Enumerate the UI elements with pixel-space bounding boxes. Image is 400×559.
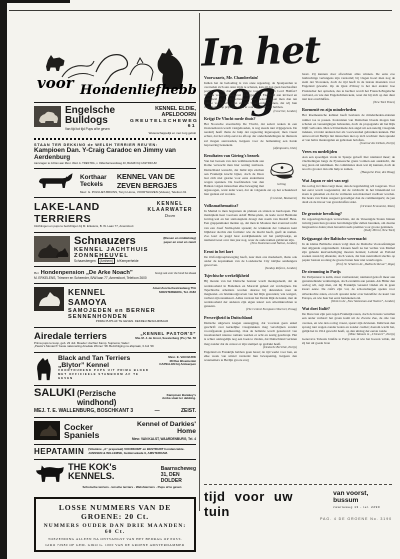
kennel-place2: b/Kemperheide: [117, 259, 139, 263]
ad-engelsche-bulldogs: Engelsche Bulldogs Van tijd tot tijd Pup…: [34, 105, 196, 136]
section-body: De Oxfordgroepbeweging heeft, naar men o…: [204, 255, 297, 267]
dog-ear-sketch: [137, 58, 143, 64]
ad-korthaar-teckels: Korthaar Teckels KENNEL VAN DE ZEVEN BER…: [34, 171, 196, 195]
ad-separator: [34, 459, 196, 460]
article-section: Persvrijheid in Duitschland Duitsche uit…: [204, 315, 297, 350]
ad-line2: JANSSEN & WILLEMSE, Geldersekade 9, AMST…: [88, 452, 196, 456]
owner-name: MEJ. T. E. WALLENBURG, BOSCHKANT 3: [34, 408, 133, 414]
section-heading: Wat Japan er niet van zegt: [302, 178, 395, 183]
page-number-label: PAG. 4 DE GROENE No. 3190: [250, 517, 392, 521]
ad-welsh-terrier-dekking: STAAN TER DEKKING de WELSH TERRIER REU'E…: [34, 142, 196, 167]
ad-saluki: SALUKI (Perzische windhond) Kampioen Bar…: [34, 388, 196, 416]
section-heading: Voorwaarts, Mr. Chamberlain!: [204, 75, 297, 80]
section-body: Duitsche uitgevers kregen aanzegging, da…: [204, 321, 297, 346]
kennel-place: SOESTERBERG, Tel. 2182: [138, 291, 196, 294]
section-heading: Resultaten van Göring's bezoek: [204, 153, 297, 158]
section-body: In de kleine Baltische staten volgt men …: [302, 242, 395, 263]
article-section: Vrees en medelijden Aan een spoedigen vr…: [302, 149, 395, 175]
ad-separator: [34, 197, 196, 198]
article-section: Engeland en Frankrijk hebben geen haast;…: [204, 350, 297, 362]
section-body: Bij monde van het Duitsche bestuur wordt…: [204, 279, 297, 308]
pointer-dog-icon: [34, 356, 54, 382]
article-section: baart. Zij kunnen door afwachten alles w…: [302, 72, 395, 105]
section-heading: Persvrijheid in Duitschland: [204, 315, 297, 320]
champion-line2: Amba staat ter dekking.: [156, 397, 196, 401]
garden-ad-address: zwarteweg 13 - tel. 2290: [333, 505, 394, 509]
owner-place: CAPELLEN bij Antwerpen: [154, 363, 196, 367]
section-body: In Memel is men begonnen de pleinen en s…: [204, 209, 297, 242]
section-source: (Sunday Referee, Londen): [204, 267, 297, 271]
section-source: (Curentul, Boekarest): [204, 197, 297, 201]
ad-line2: „Pastor's Monarch” beste nakomeling Aire…: [34, 345, 196, 348]
hound-sketch-icon: [130, 64, 153, 81]
page-frame-line: [9, 10, 392, 11]
ad-variant2: peper en zout en zwart: [144, 240, 196, 244]
ad-separator: [34, 168, 196, 169]
ad-contact-line: Mevr. G. POLVLIET-BRUINS, Tony's Home, V…: [80, 191, 196, 194]
ad-lakeland-terriers: LAKE-LAND TERRIERS KENNEL KLAARWATER Doo…: [34, 200, 196, 229]
section-body: Engeland en Frankrijk hebben geen haast;…: [204, 350, 297, 362]
section-body: Aan een spoedigen vrede in Spanje geloof…: [302, 155, 395, 171]
ad-hepatamin: HEPATAMIN (Vitamine „A” preparaat) VOORK…: [34, 447, 196, 457]
ad-title: Korthaar Teckels: [80, 174, 114, 188]
illustration-caption: Göring: [277, 182, 286, 186]
ad-title: Schnauzers: [74, 236, 144, 246]
article-section: Voorwaarts, Mr. Chamberlain! Indien het …: [204, 75, 297, 114]
schnauzer-photo: [34, 236, 70, 262]
ad-line1: STAAN TER DEKKING de WELSH TERRIER REU'E…: [34, 143, 196, 147]
article-section: Ernst in het kort De Oxfordgroepbeweging…: [204, 249, 297, 271]
ad-title: Engelsche Bulldogs: [65, 106, 130, 126]
section-body: baart. Zij kunnen door afwachten alles w…: [302, 72, 395, 101]
kennel-name: KENNEL VAN DE ZEVEN BERGJES: [117, 172, 196, 190]
section-source: (Aftenposten, Oslo): [204, 147, 297, 151]
ad-schnauzers: Schnauzers (Riesen en middelslag) peper …: [34, 235, 196, 264]
ad-contact-line: Inlichtingen en pups te bezichtigen bij …: [34, 225, 196, 228]
kennel-note: Wetenschappelijk en met zorg gefokt: [130, 131, 196, 135]
section-heading: Roemenië en zijn minderheden: [302, 107, 395, 112]
section-source: (Week in de „New Statesman and Nation”, …: [302, 300, 395, 304]
article-column-right: baart. Zij kunnen door afwachten alles w…: [302, 72, 395, 478]
section-heading: Tsjechische werkelijkheid: [204, 273, 297, 278]
notice-line4: GIRO 72980 OF GEM. GIRO G. 1000 VAN DE G…: [41, 543, 189, 547]
section-source: (Haagsche Post, den Haag): [302, 171, 395, 175]
article-section: Wat Japan er niet van zegt De oorlog in …: [302, 178, 395, 209]
ad-black-and-tan-terriers: Black and Tan Terriers „Blytor” Kennel V…: [34, 355, 196, 383]
magazine-page: voor Hondenliefhebbers. Engelsche Bulldo…: [0, 0, 400, 559]
ad-separator: [34, 385, 196, 386]
section-heading: Ernst in het kort: [204, 249, 297, 254]
notice-line2: NUMMERS OUDER DAN DRIE MAANDEN: 60 Ct.: [41, 523, 189, 535]
article-section: Resultaten van Göring's bezoek Göring Va…: [204, 153, 297, 200]
garden-ad-headline: tijd voor uw tuin: [204, 489, 325, 519]
ad-subtitle: (Perzische windhond): [77, 389, 156, 407]
terrier-silhouette-icon: [46, 55, 65, 71]
garden-ad-advertiser: van voorst, bussum: [333, 490, 394, 504]
garden-ad: tijd voor uw tuin van voorst, bussum zwa…: [204, 489, 394, 519]
section-source: (Oriental Economist, Tokio): [302, 205, 395, 209]
section-heading: Volksmathematica?: [204, 203, 297, 208]
scan-edge-left: [0, 0, 7, 559]
ad-breeds-line: Schotsche terriers · Iersche terriers · …: [68, 485, 196, 489]
ad-note: PRIMA PUPS AF TE GEVEN. DEKREU BESCHIKBA…: [68, 320, 196, 323]
dog-lovers-banner: voor Hondenliefhebbers.: [34, 44, 196, 100]
article-section: Roemenië en zijn minderheden Het Roemeen…: [302, 107, 395, 146]
cap-illustration: Göring: [266, 160, 297, 187]
footer-rule: [204, 484, 392, 485]
ad-title: KENNEL SAMOYA: [68, 287, 138, 307]
kennel-contact: Mevr. VAN KALST, WAARDENBURG, Tel. 4: [122, 437, 196, 441]
section-source: (Courrier, Londen): [204, 110, 297, 114]
banner-script-voor: voor: [37, 74, 75, 92]
ad-title: Black and Tan Terriers „Blytor” Kennel: [58, 356, 154, 370]
ad-title: HEPATAMIN: [34, 448, 84, 456]
section-body: De Duce laat zijn pers tegen Frankrijk r…: [302, 312, 395, 333]
article-section: Tsjechische werkelijkheid Bij monde van …: [204, 273, 297, 312]
ad-hondenpension-arke-noach: Het Hondenpension „De Arke Noach” brengt…: [34, 269, 196, 281]
ad-title: Cocker Spaniels: [64, 423, 118, 440]
article-section: De grootste bevolking? De regeeringsbiol…: [302, 211, 395, 233]
ad-separator: [34, 417, 196, 418]
article-section: Wat doet Italië? De Duce laat zijn pers …: [302, 306, 395, 337]
section-body: De oorlog in China vergt meer, dan de le…: [302, 184, 395, 205]
military-cap-sketch-icon: [267, 160, 297, 181]
article-column-left: Voorwaarts, Mr. Chamberlain! Indien het …: [204, 72, 297, 478]
ad-title: LAKE-LAND TERRIERS: [34, 201, 144, 225]
section-heading: De stemming in Parijs: [302, 269, 395, 274]
ad-title: THE KOK's KENNELS.: [68, 463, 158, 481]
ad-line3: Aanvragen te richten aan Mevr. Wed. A. T…: [34, 162, 196, 165]
ad-lead-word: Het: [34, 271, 39, 275]
section-body: Het Roemeensche kabinet heeft besloten d…: [302, 113, 395, 142]
ad-separator: [34, 266, 196, 267]
ad-separator: [34, 232, 196, 233]
ad-title: SALUKI: [34, 389, 75, 399]
ad-line2: Kampioen Dan. Y-Craig Caradoc en Jimmy v…: [34, 147, 196, 161]
kennel-name: Kennel of Darkies' Home: [122, 421, 196, 435]
jumping-spaniel-sketch-icon: [96, 55, 128, 84]
section-heading: De grootste bevolking?: [302, 211, 395, 216]
section-heading: Wat doet Italië?: [302, 306, 395, 311]
kennel-place: Schaarsbergen: [74, 259, 96, 263]
ad-contact-line: M. ERKELENS, Trimmer en Scheerder, B/W.l…: [34, 276, 196, 280]
ad-separator: [34, 444, 196, 445]
ad-kennel-samoya: KENNEL SAMOYA Amersfoortschestraatweg 75…: [34, 286, 196, 324]
kennel-contact: Mw. M. J. de Groot, Soesterberg (Po.) Te…: [116, 336, 196, 340]
article-section: Krijgsangst der Baltische weermacht In d…: [302, 236, 395, 267]
section-source: (New York Times): [302, 101, 395, 105]
losse-nummers-notice: LOSSE NUMMERS VAN DE GROENE: 20 Ct. NUMM…: [34, 497, 196, 552]
ad-separator: [34, 283, 196, 284]
dachshund-icon: [34, 173, 76, 189]
kennel-place: Doorn: [144, 213, 196, 218]
kennel-address: Baarnscheweg 31, DEN DOLDER: [161, 464, 196, 484]
dash: —: [155, 408, 160, 414]
kennel-name: KENNEL ELDIE, APELDOORN: [130, 106, 196, 118]
ad-line2: MET OFFICIEELE STAMBOOM AF TE GEVEN: [58, 373, 154, 380]
ad-column: voor Hondenliefhebbers. Engelsche Bulldo…: [34, 44, 196, 552]
ad-the-koks-kennels: THE KOK's KENNELS. Baarnscheweg 31, DEN …: [34, 462, 196, 491]
section-source: (Daily Mirror, New York): [302, 229, 395, 233]
ad-cocker-spaniels: Cocker Spaniels Kennel of Darkies' Home …: [34, 420, 196, 442]
article-section: Krijgt De Vlucht mede thuis? Het Noorsch…: [204, 116, 297, 151]
notice-line3: TOEZENDING ALLEEN NA ONTVANGST VAN HET B…: [41, 537, 189, 541]
kennel-name: KENNEL JACHTHUIS ZONNEHEUVEL: [74, 247, 196, 259]
section-source: (Prof. W. Schab in de „Baltische Revue”,…: [302, 263, 395, 267]
section-heading: Krijgt De Vlucht mede thuis?: [204, 116, 297, 121]
scottie-dog-icon: [34, 463, 64, 484]
dog-ear-silhouette: [165, 48, 173, 55]
section-source: (Journal des Débats, Parijs): [302, 142, 395, 146]
ad-separator: [34, 327, 196, 328]
ad-separator: [34, 102, 196, 103]
ad-subline: Van tijd tot tijd Pups af te geven: [65, 127, 130, 131]
notice-line1: LOSSE NUMMERS VAN DE GROENE: 20 Ct.: [41, 503, 189, 521]
cocker-spaniel-photo: [34, 421, 60, 440]
section-heading: Vrees en medelijden: [302, 149, 395, 154]
section-body: Genoveva Tabouis briefde te Parijs aan a…: [302, 337, 395, 345]
ad-separator: [34, 352, 196, 353]
ad-separator: [34, 138, 196, 140]
article-section: De stemming in Parijs De Parijzenaar is …: [302, 269, 395, 304]
article-section: Volksmathematica? In Memel is men begonn…: [204, 203, 297, 246]
kennel-region-box: (Arnhem): [98, 258, 115, 264]
column-divider-rule: [199, 13, 200, 511]
section-heading: Krijgsangst der Baltische weermacht: [302, 236, 395, 241]
section-body: De Parijzenaar is kalm, maar vastbeslote…: [302, 275, 395, 300]
bulldog-photo: [34, 106, 61, 127]
section-body: Indien het de bedoeling is van onze rege…: [204, 81, 297, 110]
section-source: (New Statesman and Nation, Londen): [204, 242, 297, 246]
owner-place: ZEIST.: [181, 408, 196, 414]
section-source: (The Central European Observer, Praag): [204, 308, 297, 312]
section-body: Het Noorsche stoomschip De Vlucht, dat s…: [204, 122, 297, 147]
kennel-name: KENNEL KLAARWATER: [144, 201, 196, 213]
scan-edge-top: [0, 0, 70, 3]
banner-script-hondenliefhebbers: Hondenliefhebbers.: [79, 83, 196, 98]
samoyed-photo: [34, 287, 64, 311]
article-section: Genoveva Tabouis briefde te Parijs aan a…: [302, 337, 395, 345]
ad-airedale-terriers: Airedale terriers „KENNEL PASTOR'S” Mw. …: [34, 330, 196, 350]
dogs-sketch-illustration: voor Hondenliefhebbers.: [34, 44, 196, 100]
kennel-address: GREUTELSCHEWEG 61: [130, 119, 196, 129]
